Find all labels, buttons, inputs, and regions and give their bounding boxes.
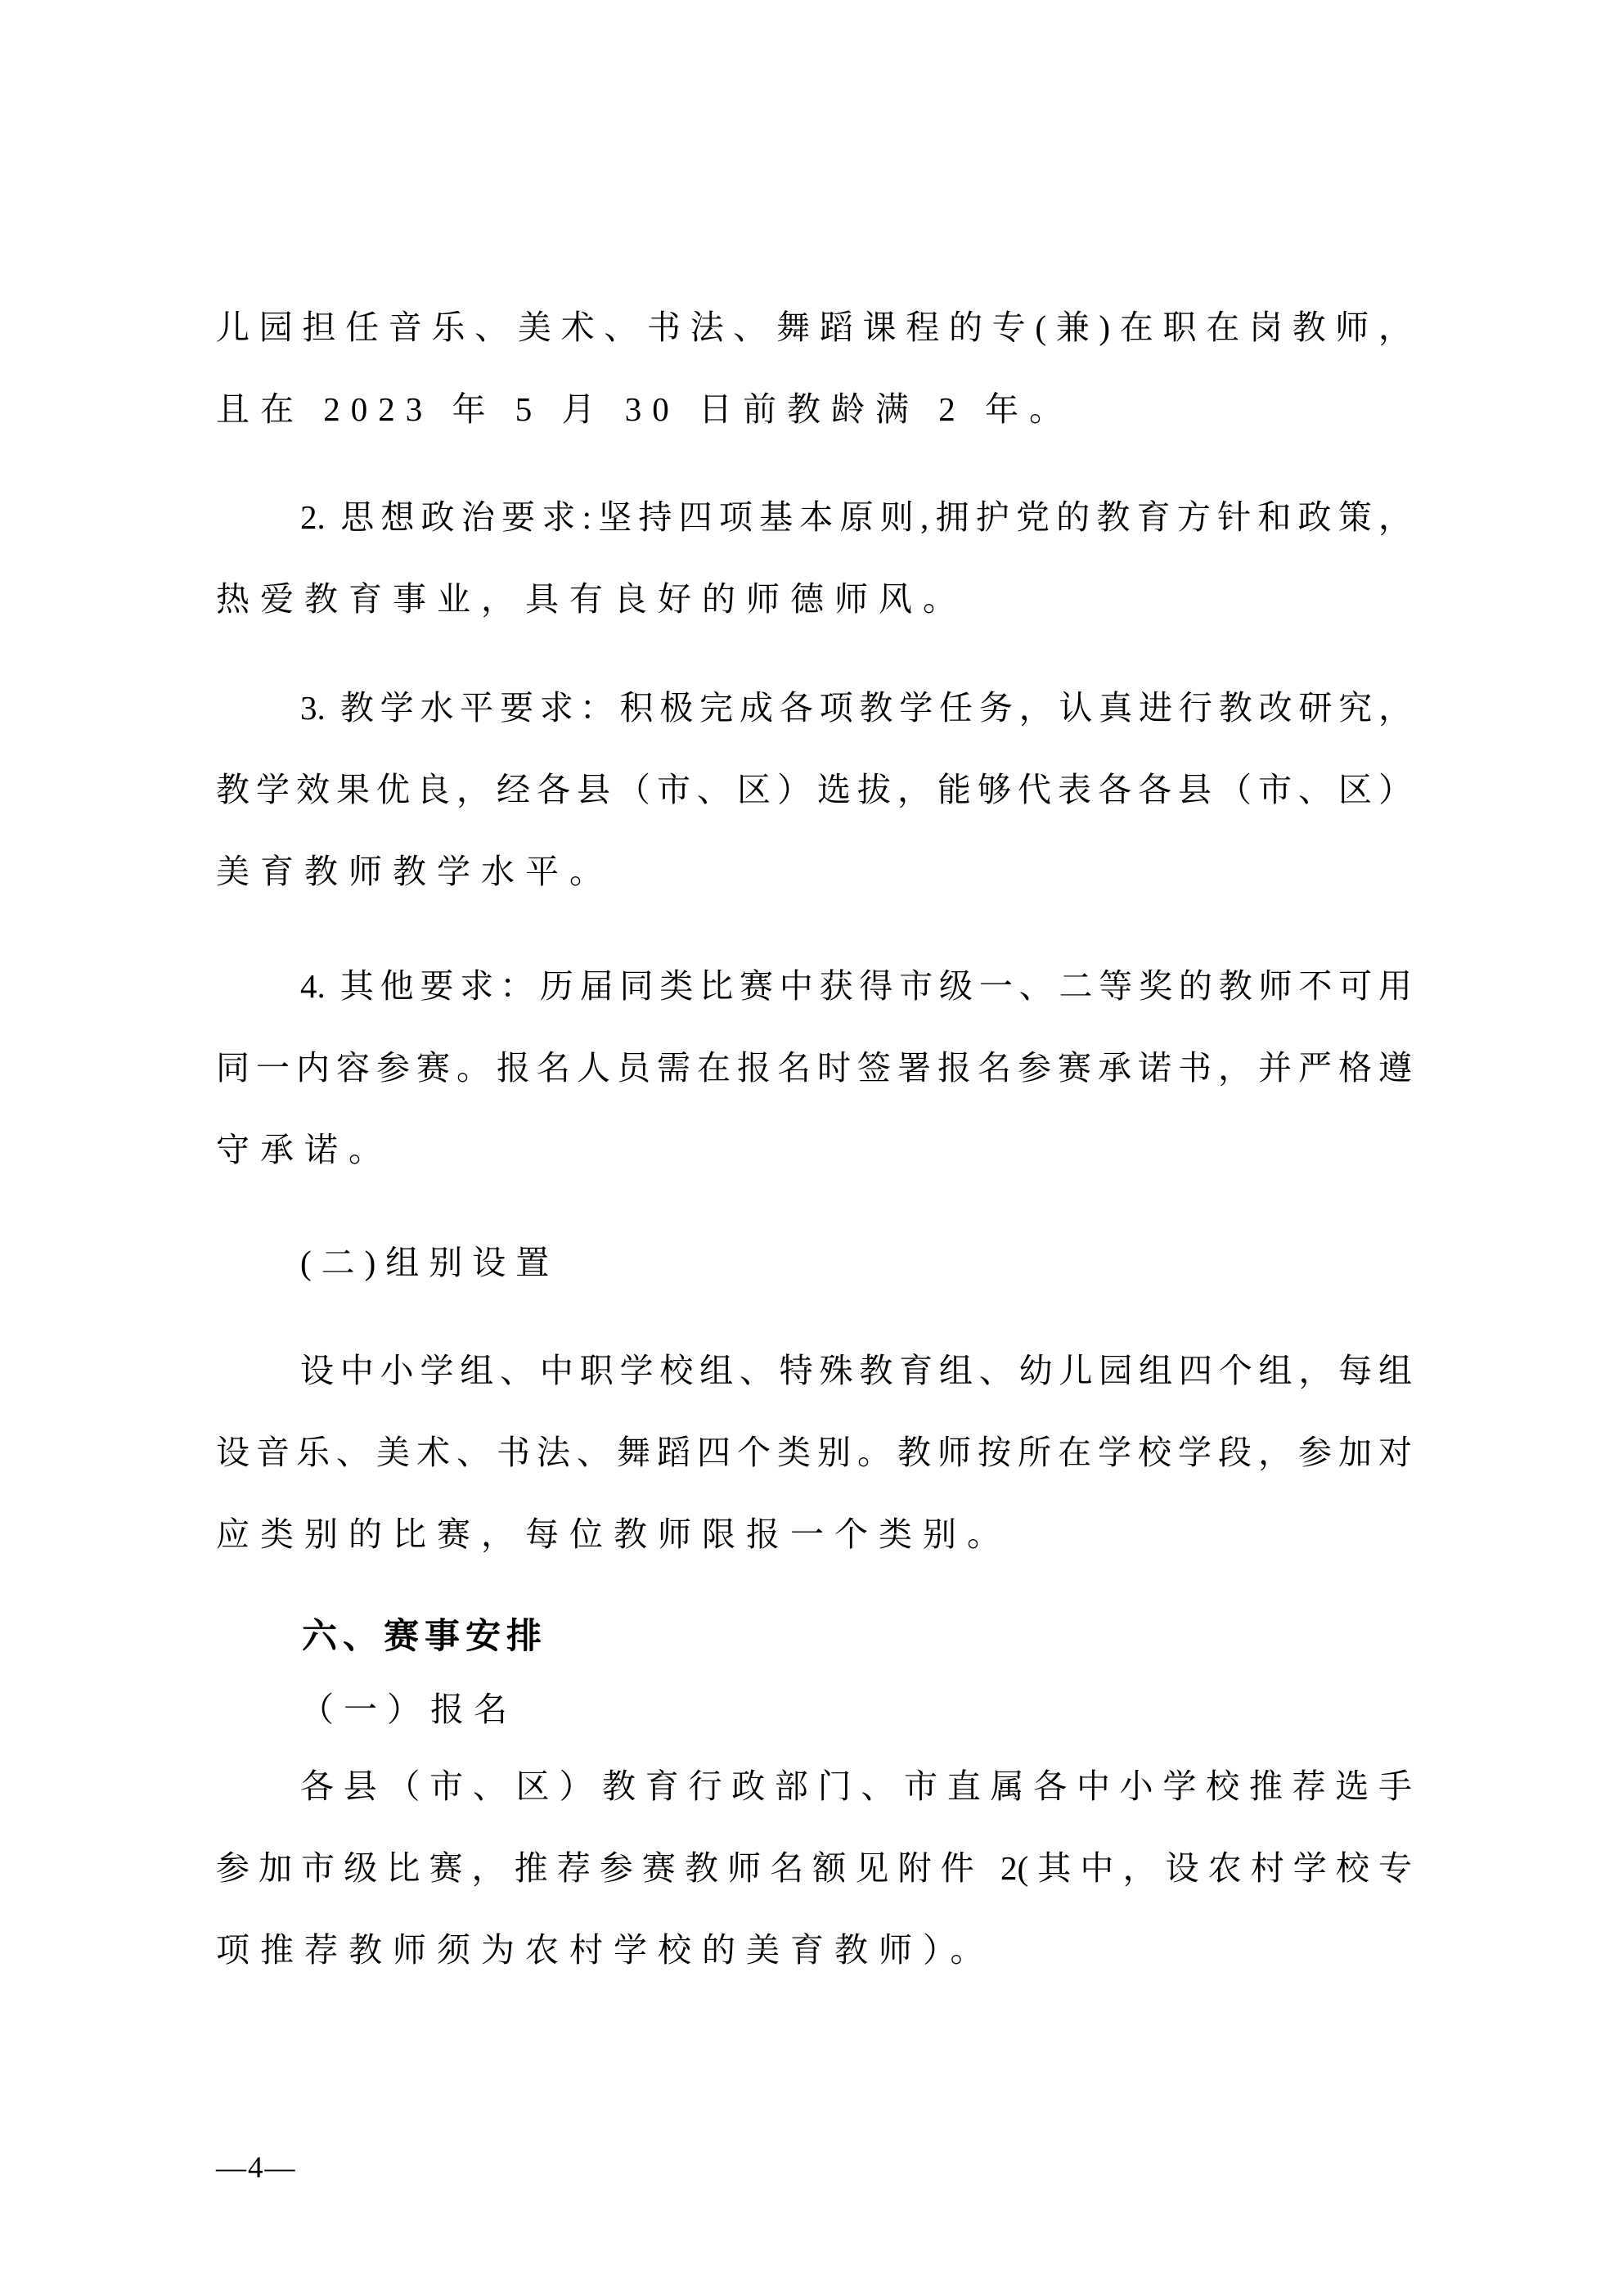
para-groups-line-3: 应类别的比赛，每位教师限报一个类别。 (216, 1493, 1412, 1575)
para-registration-line-1: 各县（市、区）教育行政部门、市直属各中小学校推荐选手 (216, 1745, 1412, 1827)
para-other-line-1: 4. 其他要求：历届同类比赛中获得市级一、二等奖的教师不可用 (216, 945, 1412, 1027)
para-registration-line-3: 项推荐教师须为农村学校的美育教师）。 (216, 1909, 1412, 1991)
para-teaching-line-1: 3. 教学水平要求：积极完成各项教学任务，认真进行教改研究， (216, 667, 1412, 749)
page-number: —4— (216, 2149, 297, 2188)
heading-group-setup: (二)组别设置 (216, 1222, 1412, 1303)
para-registration: 各县（市、区）教育行政部门、市直属各中小学校推荐选手 参加市级比赛，推荐参赛教师… (216, 1745, 1412, 1991)
para-other-line-2: 同一内容参赛。报名人员需在报名时签署报名参赛承诺书，并严格遵 (216, 1027, 1412, 1109)
para-kindergarten-line-2: 且在 2023 年 5 月 30 日前教龄满 2 年。 (216, 368, 1412, 450)
para-group-categories: 设中小学组、中职学校组、特殊教育组、幼儿园组四个组，每组 设音乐、美术、书法、舞… (216, 1330, 1412, 1575)
para-groups-line-1: 设中小学组、中职学校组、特殊教育组、幼儿园组四个组，每组 (216, 1330, 1412, 1411)
para-registration-line-2: 参加市级比赛，推荐参赛教师名额见附件 2(其中，设农村学校专 (216, 1827, 1412, 1909)
heading-registration: （一）报名 (216, 1673, 1412, 1745)
para-political-line-1: 2. 思想政治要求:坚持四项基本原则,拥护党的教育方针和政策， (216, 476, 1412, 558)
para-groups-line-2: 设音乐、美术、书法、舞蹈四个类别。教师按所在学校学段，参加对 (216, 1411, 1412, 1493)
para-political-requirements: 2. 思想政治要求:坚持四项基本原则,拥护党的教育方针和政策， 热爱教育事业，具… (216, 476, 1412, 640)
para-teaching-line-3: 美育教师教学水平。 (216, 831, 1412, 912)
para-other-requirements: 4. 其他要求：历届同类比赛中获得市级一、二等奖的教师不可用 同一内容参赛。报名… (216, 945, 1412, 1191)
para-teaching-level-requirements: 3. 教学水平要求：积极完成各项教学任务，认真进行教改研究， 教学效果优良，经各… (216, 667, 1412, 912)
document-body: 儿园担任音乐、美术、书法、舞蹈课程的专(兼)在职在岗教师， 且在 2023 年 … (216, 286, 1412, 1991)
para-teaching-line-2: 教学效果优良，经各县（市、区）选拔，能够代表各各县（市、区） (216, 749, 1412, 831)
heading-competition-schedule: 六、赛事安排 (216, 1600, 1412, 1673)
para-kindergarten-teachers: 儿园担任音乐、美术、书法、舞蹈课程的专(兼)在职在岗教师， 且在 2023 年 … (216, 286, 1412, 450)
para-other-line-3: 守承诺。 (216, 1109, 1412, 1191)
para-political-line-2: 热爱教育事业，具有良好的师德师风。 (216, 558, 1412, 640)
document-page: 儿园担任音乐、美术、书法、舞蹈课程的专(兼)在职在岗教师， 且在 2023 年 … (0, 0, 1623, 2296)
para-kindergarten-line-1: 儿园担任音乐、美术、书法、舞蹈课程的专(兼)在职在岗教师， (216, 286, 1412, 368)
